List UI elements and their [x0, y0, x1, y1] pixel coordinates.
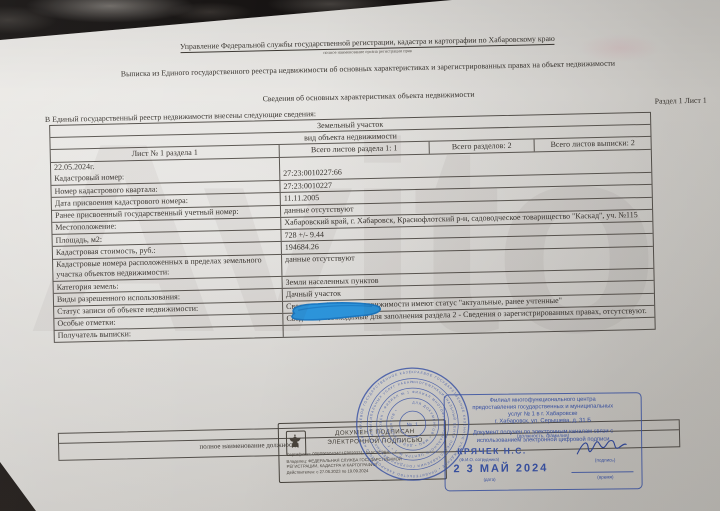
- mfc-stamp: Филиал многофункционального центра предо…: [444, 392, 643, 491]
- redaction-mark: [286, 299, 385, 323]
- section-label: Раздел 1 Лист 1: [655, 96, 707, 106]
- stamp-center-text: № 1: [407, 422, 419, 428]
- time-caption: (время): [597, 474, 613, 479]
- document-content: Управление Федеральной службы государств…: [25, 7, 720, 511]
- doc-title: Выписка из Единого государственного реес…: [26, 57, 710, 81]
- signature-scribble-icon: [575, 437, 627, 458]
- photo-background: Управление Федеральной службы государств…: [0, 0, 720, 511]
- sheet-info-cell: Всего разделов: 2: [429, 140, 534, 154]
- signature-caption: (подпись): [595, 457, 615, 462]
- round-stamp-icon: КРАЕВОЕ ГОСУДАРСТВЕННОЕ КАЗЁННОЕ УЧРЕЖДЕ…: [352, 364, 473, 485]
- doc-subtitle: Сведения об основных характеристиках объ…: [27, 85, 711, 109]
- paper-sheet: Управление Федеральной службы государств…: [0, 0, 720, 511]
- time-line: [571, 471, 633, 473]
- date-caption: (дата): [484, 477, 496, 482]
- mfc-line4: г. Хабаровск, ул. Серышева, д. 31 Б: [447, 417, 639, 425]
